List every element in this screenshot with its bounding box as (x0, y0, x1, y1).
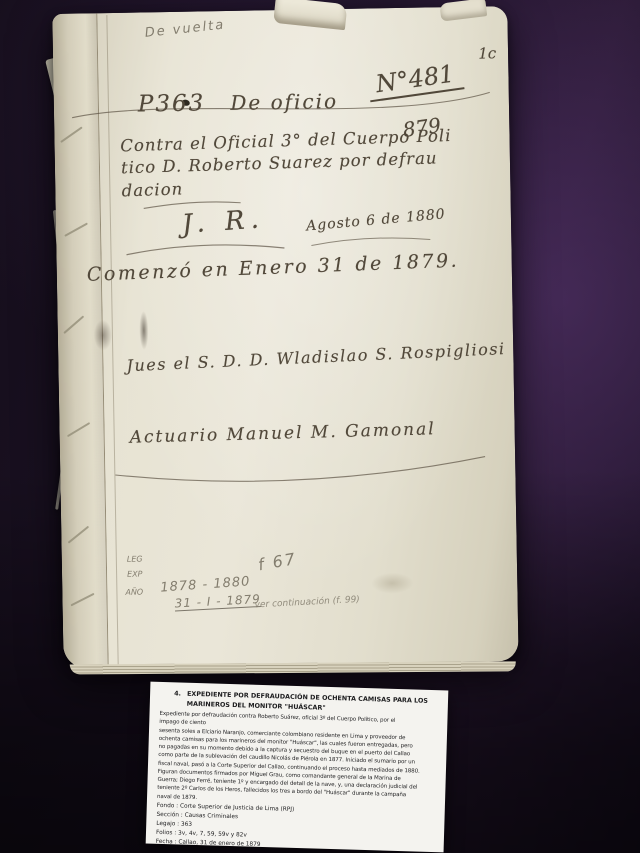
judge-name-line: Jues el S. D. D. Wladislao S. Rospiglios… (126, 339, 516, 376)
pencil-label-leg: LEG (127, 555, 143, 564)
pencil-label-exp: EXP (127, 570, 143, 579)
torn-corner-flap (439, 0, 487, 22)
clerk-name-line: Actuario Manuel M. Gamonal (129, 417, 519, 448)
initials-date: Agosto 6 de 1880 (306, 206, 447, 234)
file-code: P363 (138, 90, 206, 117)
pencil-start-date: 31 - I - 1879 (174, 592, 261, 611)
pencil-folio-number: f 67 (257, 549, 299, 574)
torn-corner-flap (273, 0, 347, 30)
sewn-spine (52, 13, 108, 669)
caption-archival-metadata: Fondo : Corte Superior de Justicia de Li… (156, 802, 438, 853)
caption-item-number: 4. (174, 689, 181, 708)
pencil-note-top: De vuelta (144, 18, 226, 41)
charge-text: Contra el Oficial 3° del Cuerpo Poli tic… (120, 124, 482, 202)
caption-description: Expediente por defraudación contra Rober… (157, 710, 441, 809)
fold-crease (106, 15, 118, 666)
case-suffix: 1c (478, 44, 496, 62)
pencil-continuation-note: ver continuación (f. 99) (254, 595, 360, 610)
pencil-label-ano: AÑO (125, 588, 143, 597)
start-date-line: Comenzó en Enero 31 de 1879. (87, 248, 508, 286)
judge-initials: J. R. (181, 204, 266, 240)
photograph-of-archival-file: De vuelta P363 De oficio N°481 879 1c Co… (0, 0, 640, 853)
dark-smudge (137, 304, 150, 356)
pencil-annotation-block: LEG EXP AÑO 1878 - 1880 31 - I - 1879 f … (122, 547, 453, 633)
caption-card: 4. EXPEDIENTE POR DEFRAUDACIÓN DE OCHENT… (146, 682, 449, 853)
case-number: N°481 (366, 58, 464, 102)
expediente-cover-page: De vuelta P363 De oficio N°481 879 1c Co… (52, 6, 518, 669)
de-oficio-label: De oficio (230, 89, 338, 115)
